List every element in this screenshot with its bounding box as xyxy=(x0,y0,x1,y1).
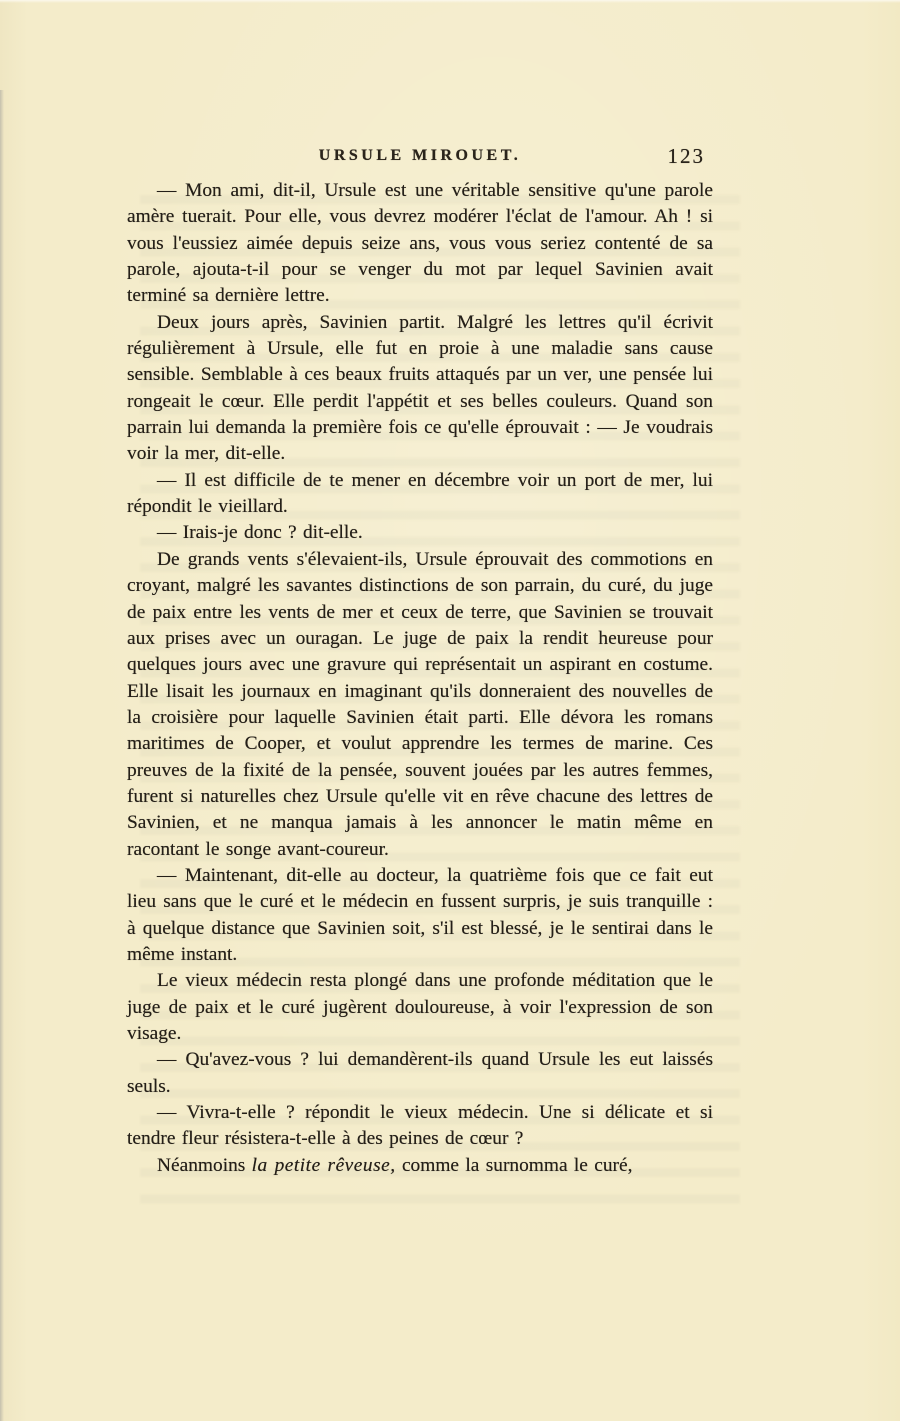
paragraph: De grands vents s'élevaient-ils, Ursule … xyxy=(127,547,713,863)
running-head-title: URSULE MIROUET. xyxy=(127,147,713,165)
paragraph: Néanmoins la petite rêveuse, comme la su… xyxy=(127,1153,713,1179)
scan-top-edge xyxy=(0,0,900,3)
page-number: 123 xyxy=(668,144,706,169)
paragraph: — Qu'avez-vous ? lui demandèrent-ils qua… xyxy=(127,1047,713,1100)
text-segment: — Irais-je donc ? dit-elle. xyxy=(157,522,363,543)
text-segment: comme la surnomma le curé, xyxy=(396,1155,633,1176)
text-segment: — Vivra-t-elle ? répondit le vieux médec… xyxy=(127,1102,713,1149)
paragraph: Deux jours après, Savinien partit. Malgr… xyxy=(127,310,713,468)
text-segment: Deux jours après, Savinien partit. Malgr… xyxy=(127,312,713,465)
paragraph: — Maintenant, dit-elle au docteur, la qu… xyxy=(127,863,713,968)
text-segment: — Qu'avez-vous ? lui demandèrent-ils qua… xyxy=(127,1049,713,1096)
body-text: — Mon ami, dit-il, Ursule est une vérita… xyxy=(127,178,713,1179)
paragraph: — Mon ami, dit-il, Ursule est une vérita… xyxy=(127,178,713,310)
book-page-scan: URSULE MIROUET. 123 — Mon ami, dit-il, U… xyxy=(0,0,900,1421)
running-head: URSULE MIROUET. 123 xyxy=(127,144,713,170)
text-segment: — Il est difficile de te mener en décemb… xyxy=(127,470,713,517)
paragraph: — Vivra-t-elle ? répondit le vieux médec… xyxy=(127,1100,713,1153)
text-segment: Le vieux médecin resta plongé dans une p… xyxy=(127,970,713,1044)
italic-phrase: la petite rêveuse, xyxy=(252,1155,396,1176)
paragraph: Le vieux médecin resta plongé dans une p… xyxy=(127,968,713,1047)
text-segment: — Mon ami, dit-il, Ursule est une vérita… xyxy=(127,180,713,306)
paragraph: — Il est difficile de te mener en décemb… xyxy=(127,468,713,521)
scan-left-edge xyxy=(0,90,4,1421)
text-segment: De grands vents s'élevaient-ils, Ursule … xyxy=(127,549,713,860)
text-segment: Néanmoins xyxy=(157,1155,252,1176)
paragraph: — Irais-je donc ? dit-elle. xyxy=(127,520,713,546)
text-segment: — Maintenant, dit-elle au docteur, la qu… xyxy=(127,865,713,965)
